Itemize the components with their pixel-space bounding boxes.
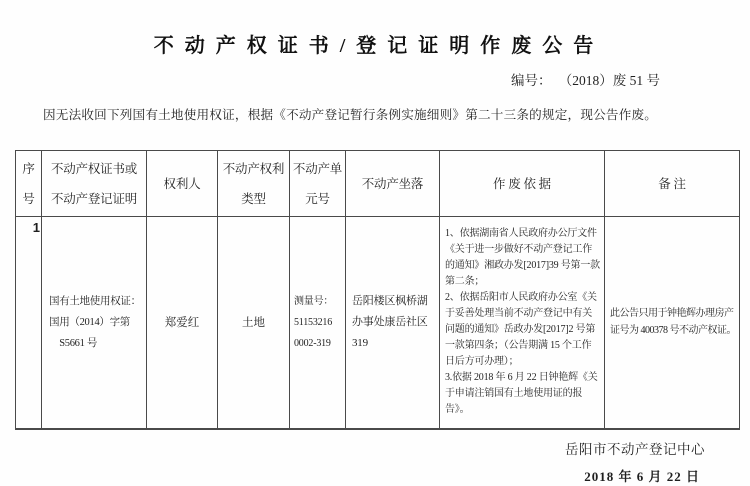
header-invalidation-basis: 作 废 依 据 — [440, 151, 605, 217]
header-right-type: 不动产权利 类型 — [218, 151, 290, 217]
cell-location: 岳阳楼区枫桥湖 办事处康岳社区 319 — [346, 217, 440, 429]
doc-number-value: （2018）废 51 号 — [566, 73, 661, 88]
announcement-document: 不 动 产 权 证 书 / 登 记 证 明 作 废 公 告 编号：（2018）废… — [0, 0, 750, 486]
intro-paragraph: 因无法收回下列国有土地使用权证，根据《不动产登记暂行条例实施细则》第二十三条的规… — [43, 106, 716, 124]
cell-invalidation-basis: 1、依据湖南省人民政府办公厅文件《关于进一步做好不动产登记工作的通知》湘政办发[… — [440, 217, 605, 429]
page-title: 不 动 产 权 证 书 / 登 记 证 明 作 废 公 告 — [0, 32, 750, 60]
cell-unit-number: 测量号： 51153216 0002-319 — [290, 217, 346, 429]
cell-right-holder: 郑爱红 — [147, 217, 218, 429]
cell-right-type: 土地 — [218, 217, 290, 429]
cell-remarks: 此公告只用于钟艳辉办理房产证号为 400378 号不动产权证。 — [605, 217, 740, 429]
invalidation-table: 序 号 不动产权证书或 不动产登记证明 权利人 不动产权利 类型 不动产单 元号… — [15, 150, 740, 430]
header-serial-number: 序 号 — [16, 151, 42, 217]
header-location: 不动产坐落 — [346, 151, 440, 217]
cell-serial-number: 1 — [16, 217, 42, 429]
issuer-name: 岳阳市不动产登记中心 — [0, 442, 705, 458]
table-row: 1 国有土地使用权证： 国用（2014）字第 S5661 号 郑爱红 土地 测量… — [16, 217, 740, 429]
header-remarks: 备 注 — [605, 151, 740, 217]
header-certificate-number: 不动产权证书或 不动产登记证明 — [42, 151, 147, 217]
header-unit-number: 不动产单 元号 — [290, 151, 346, 217]
document-footer: 岳阳市不动产登记中心 2018 年 6 月 22 日 — [0, 442, 750, 485]
cell-certificate-number: 国有土地使用权证： 国用（2014）字第 S5661 号 — [42, 217, 147, 429]
issue-date: 2018 年 6 月 22 日 — [0, 469, 700, 485]
doc-number-line: 编号：（2018）废 51 号 — [0, 72, 660, 90]
doc-number-label: 编号： — [511, 73, 552, 88]
table-header-row: 序 号 不动产权证书或 不动产登记证明 权利人 不动产权利 类型 不动产单 元号… — [16, 151, 740, 217]
header-right-holder: 权利人 — [147, 151, 218, 217]
